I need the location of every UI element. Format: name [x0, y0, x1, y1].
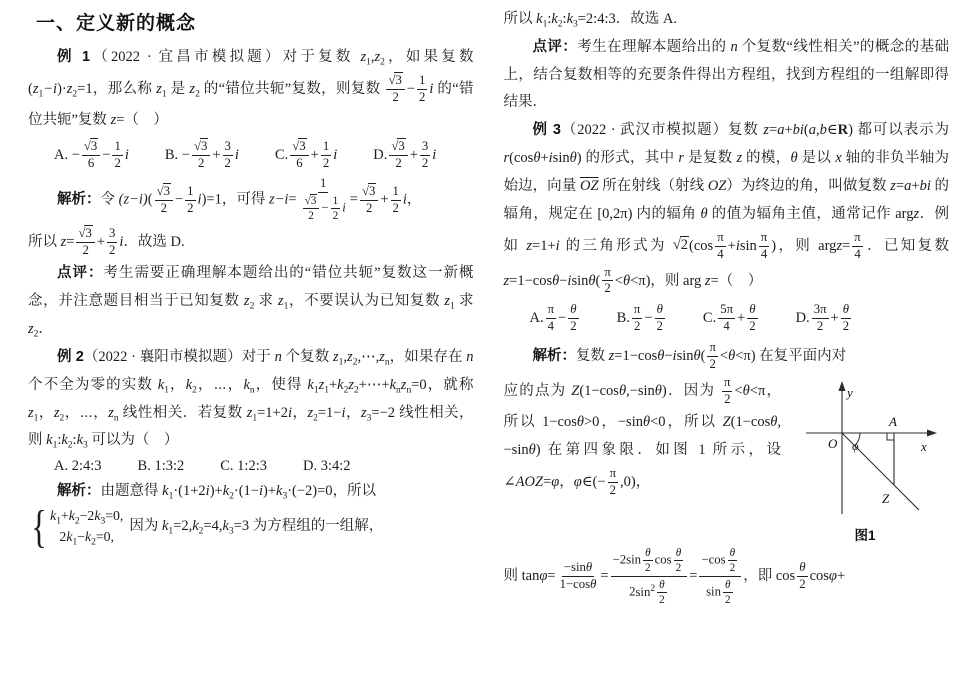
fraction: π4 — [852, 230, 862, 263]
equation-system: {k1+k2−2k3=0,2k1−k2=0, — [28, 506, 123, 547]
fraction: √32 — [192, 139, 210, 172]
fraction: π4 — [759, 230, 769, 263]
fraction: θ2 — [723, 578, 733, 607]
option-c: C. 1:2:3 — [220, 458, 267, 475]
option-b: B. −√32+32i — [165, 138, 239, 173]
figure-1-caption: 图1 — [854, 524, 875, 544]
option-d: D. √32+32i — [373, 138, 436, 173]
fraction: 12 — [112, 139, 122, 172]
options-row: A. π4−θ2B. π2−θ2C. 5π4+θ2D. 3π2+θ2 — [504, 301, 950, 336]
fraction: √32 — [386, 73, 404, 106]
fraction: √36 — [82, 139, 100, 172]
left-column: 一、定义新的概念 例 1（2022 · 宜昌市模拟题）对于复数 z1,z2，如果… — [28, 6, 474, 700]
fraction: √32 — [76, 226, 94, 259]
paragraph: 点评：考生在理解本题给出的 n 个复数“线性相关”的概念的基础上，结合复数相等的… — [504, 34, 950, 117]
fraction: θ2 — [797, 560, 807, 593]
options-row: A. −√36−12iB. −√32+32iC. √36+12iD. √32+3… — [28, 138, 474, 173]
figure-row: 应的点为 Z(1−cosθ,−sinθ)．因为 π2<θ<π，所以 1−cosθ… — [504, 374, 950, 544]
label-y: y — [845, 385, 853, 400]
option-c: C. √36+12i — [275, 138, 337, 173]
radical: √3 — [292, 139, 306, 155]
fraction: 12 — [185, 184, 195, 217]
paragraph: 例 1（2022 · 宜昌市模拟题）对于复数 z1,z2，如果复数 (z1−i)… — [28, 44, 474, 135]
fraction: 12 — [417, 73, 427, 106]
options-row: A. 2:4:3B. 1:3:2C. 1:2:3D. 3:4:2 — [28, 458, 474, 475]
figure-1-plot: y x O A Z φ — [790, 376, 940, 524]
right-blocks-top: 所以 k1:k2:k3=2:4:3．故选 A.点评：考生在理解本题给出的 n 个… — [504, 6, 950, 336]
fraction: π2 — [707, 340, 717, 373]
fraction: π4 — [546, 302, 556, 335]
fraction: π2 — [602, 265, 612, 298]
fraction: 12 — [391, 184, 401, 217]
label-phi: φ — [852, 439, 859, 453]
paragraph: {k1+k2−2k3=0,2k1−k2=0,因为 k1=2,k2=4,k3=3 … — [28, 506, 474, 547]
fraction: √32 — [155, 184, 173, 217]
fraction: 32 — [107, 226, 117, 259]
x-axis-arrow — [927, 430, 937, 437]
label-origin: O — [828, 436, 838, 451]
fraction: √36 — [290, 139, 308, 172]
fraction: θ2 — [747, 302, 757, 335]
fraction: θ2 — [728, 546, 738, 575]
option-a: A. −√36−12i — [54, 138, 129, 173]
label-a: A — [888, 414, 897, 429]
fraction: 32 — [223, 139, 233, 172]
option-a: A. 2:4:3 — [54, 458, 102, 475]
fraction: 1√32−12i — [299, 176, 348, 224]
paragraph: 例 3（2022 · 武汉市模拟题）复数 z=a+bi(a,b∈R) 都可以表示… — [504, 117, 950, 298]
radical: √3 — [157, 184, 171, 200]
fraction: √32 — [303, 194, 320, 223]
fraction: θ2 — [655, 302, 665, 335]
paragraph: 所以 k1:k2:k3=2:4:3．故选 A. — [504, 6, 950, 34]
radical: √3 — [388, 73, 402, 89]
document-page: 一、定义新的概念 例 1（2022 · 宜昌市模拟题）对于复数 z1,z2，如果… — [0, 0, 965, 700]
right-angle-marker — [887, 433, 894, 440]
label-x: x — [920, 439, 927, 454]
solution3-wrap-paragraph: 应的点为 Z(1−cosθ,−sinθ)．因为 π2<θ<π，所以 1−cosθ… — [504, 374, 782, 499]
radical: √3 — [305, 194, 318, 208]
paragraph: 解析：由题意得 k1·(1+2i)+k2·(1−i)+k3·(−2)=0，所以 — [28, 478, 474, 506]
option-b: B. 1:3:2 — [138, 458, 185, 475]
solution3-tail-paragraph: 则 tanφ=−sinθ1−cosθ=−2sinθ2cosθ22sin2θ2=−… — [504, 544, 950, 609]
fraction: 12 — [321, 139, 331, 172]
radical: √2 — [673, 232, 689, 260]
fraction: π2 — [722, 375, 732, 408]
fraction: −sinθ1−cosθ — [558, 560, 599, 593]
radical: √3 — [78, 226, 92, 242]
radical: √3 — [391, 139, 405, 155]
fraction: θ2 — [657, 578, 667, 607]
radical: √3 — [194, 139, 208, 155]
paragraph: 例 2（2022 · 襄阳市模拟题）对于 n 个复数 z1,z2,⋯,zn，如果… — [28, 344, 474, 455]
fraction: π2 — [632, 302, 642, 335]
fraction: 12 — [331, 194, 341, 223]
option-a: A. π4−θ2 — [530, 301, 581, 336]
fraction: θ2 — [643, 546, 653, 575]
figure-1: y x O A Z φ 图1 — [781, 374, 949, 544]
fraction: π4 — [715, 230, 725, 263]
paragraph: 解析：令 (z−i)(√32−12i)=1，可得 z−i=1√32−12i=√3… — [28, 175, 474, 225]
option-d: D. 3:4:2 — [303, 458, 351, 475]
right-column: 所以 k1:k2:k3=2:4:3．故选 A.点评：考生在理解本题给出的 n 个… — [504, 6, 950, 700]
option-c: C. 5π4+θ2 — [703, 301, 760, 336]
fraction: −cosθ2sinθ2 — [699, 545, 741, 608]
fraction: √32 — [389, 139, 407, 172]
fraction: 3π2 — [812, 302, 829, 335]
paragraph: 点评：考生需要正确理解本题给出的“错位共轭”复数这一新概念，并注意题目相当于已知… — [28, 260, 474, 343]
fraction: 5π4 — [718, 302, 735, 335]
fraction: π2 — [608, 466, 618, 499]
fraction: √32 — [360, 184, 378, 217]
option-d: D. 3π2+θ2 — [796, 301, 853, 336]
fraction: θ2 — [674, 546, 684, 575]
fraction: −2sinθ2cosθ22sin2θ2 — [611, 545, 688, 608]
left-blocks: 例 1（2022 · 宜昌市模拟题）对于复数 z1,z2，如果复数 (z1−i)… — [28, 44, 474, 547]
fraction: θ2 — [568, 302, 578, 335]
radical: √3 — [362, 184, 376, 200]
solution3-intro-paragraph: 解析：复数 z=1−cosθ−isinθ(π2<θ<π) 在复平面内对 — [504, 339, 950, 374]
y-axis-arrow — [839, 381, 846, 391]
label-z: Z — [882, 491, 890, 506]
fraction: θ2 — [841, 302, 851, 335]
option-b: B. π2−θ2 — [617, 301, 667, 336]
fraction: 32 — [420, 139, 430, 172]
section-heading: 一、定义新的概念 — [36, 8, 474, 35]
radical: √3 — [84, 139, 98, 155]
paragraph: 所以 z=√32+32i．故选 D. — [28, 225, 474, 260]
